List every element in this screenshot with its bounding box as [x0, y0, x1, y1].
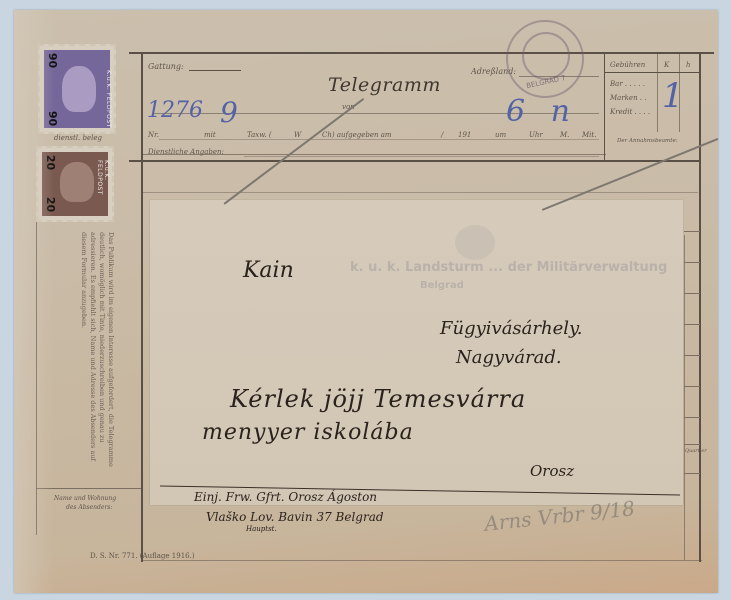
- taxw-label: Taxw. (: [247, 131, 272, 139]
- faint-office-stamp-2: Belgrad: [420, 280, 464, 291]
- frame-left-line: [141, 52, 143, 562]
- body-line-2: menyyer iskolába: [202, 420, 414, 445]
- form-number-text: D. S. Nr. 771.: [90, 552, 138, 560]
- right-col-left: [684, 235, 685, 560]
- recipient-name: Kain: [243, 258, 294, 283]
- frame-top-line: [129, 52, 714, 54]
- fees-header: Gebühren: [610, 61, 645, 69]
- nr-field[interactable]: [159, 139, 599, 140]
- bottom-line: [142, 560, 702, 561]
- von-handwritten: 6 n: [506, 94, 578, 129]
- fees-k-value: 1: [662, 76, 684, 116]
- body-line-1: Kérlek jöjj Temesvárra: [230, 385, 526, 413]
- page-title: Telegramm: [328, 74, 441, 96]
- nr-label: Nr.: [148, 131, 159, 139]
- date-slash: /: [441, 131, 443, 139]
- fees-col-h: h: [686, 61, 691, 69]
- dashed-row-line: [142, 192, 698, 193]
- uhr-label: Uhr: [529, 131, 543, 139]
- fees-row-kredit: Kredit . . . .: [610, 108, 650, 116]
- gattung-field[interactable]: [189, 70, 241, 71]
- sender-label-1: Name und Wohnung: [54, 495, 116, 502]
- right-col-label: Quartier: [685, 448, 707, 454]
- signature: Orosz: [530, 462, 574, 480]
- sender-line-2: Vlaško Lov. Bavin 37 Belgrad: [206, 510, 384, 524]
- stamp-value-top: 90: [46, 53, 59, 68]
- um-label: um: [495, 131, 506, 139]
- telegram-form: Gattung: Telegramm Adreßland: von Nr. mi…: [14, 10, 718, 593]
- portrait-icon: [60, 162, 94, 202]
- stamp-value-bottom: 20: [44, 197, 57, 212]
- sender-label-2: des Absenders:: [66, 504, 112, 511]
- dienstliche-field[interactable]: [244, 156, 599, 157]
- stamp-inscription: K.u.K. FELDPOST: [105, 70, 112, 128]
- portrait-icon: [62, 66, 96, 112]
- stamp-value-bottom: 90: [46, 111, 59, 126]
- fees-row-bar: Bar . . . . .: [610, 80, 645, 88]
- form-edition: (Auflage 1916.): [140, 552, 195, 560]
- fees-col-k: K: [664, 61, 669, 69]
- dienstliche-label: Dienstliche Angaben:: [148, 148, 224, 156]
- stamp-90: 90 90 K.u.K. FELDPOST: [38, 44, 116, 134]
- fees-divider: [604, 52, 605, 160]
- faint-seal: [455, 225, 495, 260]
- stamp-inscription: K.u.K. FELDPOST: [96, 160, 110, 216]
- message-strip: k. u. k. Landsturm ... der Militärverwal…: [150, 200, 683, 505]
- nr-handwritten: 1276: [147, 98, 203, 123]
- header-bottom-line: [129, 160, 701, 162]
- mit-time-label: Mit.: [582, 131, 596, 139]
- side-notice: Das Publikum wird im eigenen Interesse a…: [79, 232, 115, 482]
- sender-line-1: Einj. Frw. Gfrt. Orosz Ágoston: [194, 490, 377, 504]
- frame-right-line: [699, 52, 701, 562]
- address-line-2: Nagyvárad.: [456, 347, 562, 368]
- outer-left-line: [36, 180, 37, 535]
- postmark-inner: [522, 32, 570, 80]
- stamp-value-top: 20: [44, 155, 57, 170]
- fees-row-marken: Marken . .: [610, 94, 646, 102]
- mit-handwritten: 9: [220, 96, 238, 129]
- stamp-note: dienstl. beleg: [54, 134, 102, 142]
- gattung-label: Gattung:: [148, 62, 184, 71]
- mit-label: mit: [204, 131, 216, 139]
- aufgegeben-label: Ch) aufgegeben am: [322, 131, 392, 139]
- fees-official-label: Der Annahmsbeamte:: [617, 138, 678, 144]
- fees-col-k-line: [657, 54, 658, 132]
- sender-label-top: [36, 488, 142, 489]
- form-number: D. S. Nr. 771. (Auflage 1916.): [90, 552, 195, 560]
- sender-line-3: Hauptst.: [246, 525, 277, 533]
- stamp-20: 20 20 K.u.K. FELDPOST: [36, 146, 114, 222]
- address-line-1: Fügyivásárhely.: [440, 318, 583, 339]
- faint-office-stamp: k. u. k. Landsturm ... der Militärverwal…: [350, 260, 667, 275]
- year-label: 191: [458, 131, 471, 139]
- w-label: W: [294, 131, 301, 139]
- m-label: M.: [560, 131, 569, 139]
- fees-header-line: [604, 72, 700, 73]
